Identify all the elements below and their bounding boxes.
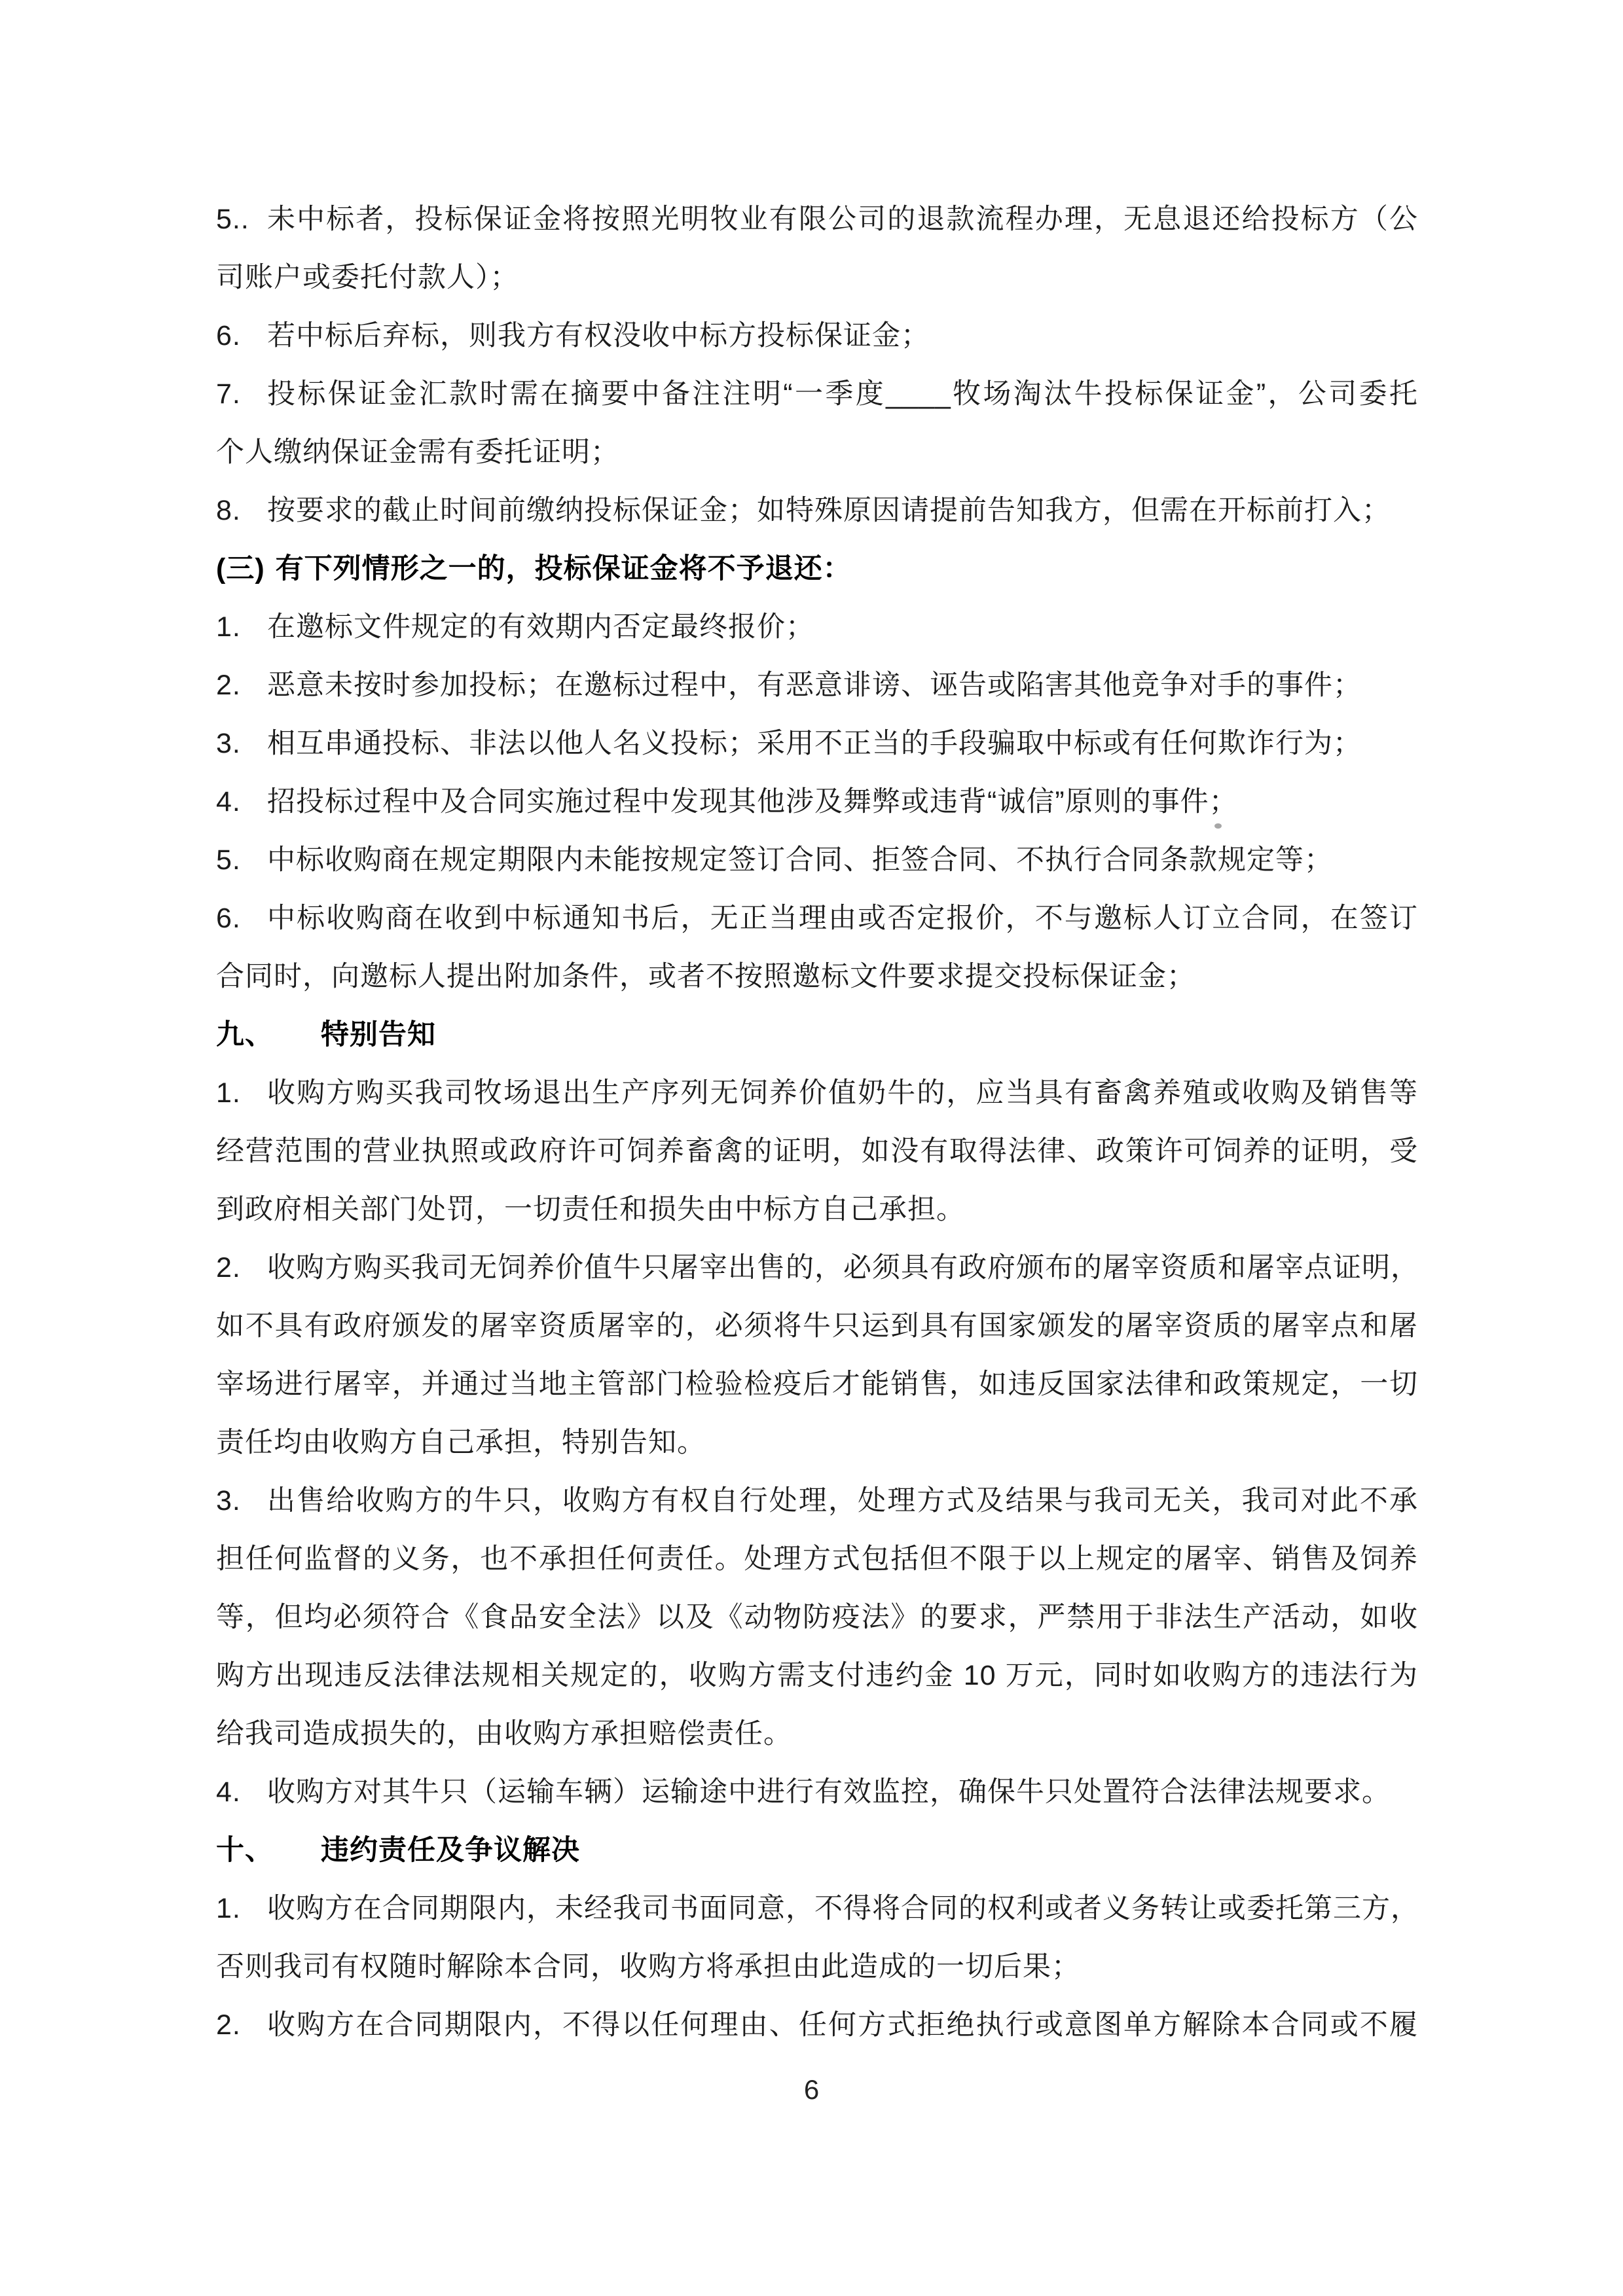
page-number: 6 [0,2073,1623,2106]
line-text: 宰场进行屠宰，并通过当地主管部门检验检疫后才能销售，如违反国家法律和政策规定，一… [216,1355,1418,1414]
document-line: 2. 恶意未按时参加投标；在邀标过程中，有恶意诽谤、诬告或陷害其他竞争对手的事件… [216,656,1418,715]
line-text: 在邀标文件规定的有效期内否定最终报价； [267,598,1418,656]
line-text: 购方出现违反法律法规相关规定的，收购方需支付违约金 10 万元，同时如收购方的违… [216,1647,1418,1705]
line-text: 特别告知 [321,1006,1418,1064]
document-line: 合同时，向邀标人提出附加条件，或者不按照邀标文件要求提交投标保证金； [216,948,1418,1006]
line-text: 到政府相关部门处罚，一切责任和损失由中标方自己承担。 [216,1181,1418,1239]
line-text: 收购方在合同期限内，未经我司书面同意，不得将合同的权利或者义务转让或委托第三方， [267,1880,1418,1938]
list-marker: 4. [216,1763,267,1821]
list-marker: 1. [216,1880,267,1938]
line-text: 按要求的截止时间前缴纳投标保证金；如特殊原因请提前告知我方，但需在开标前打入； [267,482,1418,540]
list-marker: 5.. [216,190,267,249]
document-line: 3. 相互串通投标、非法以他人名义投标；采用不正当的手段骗取中标或有任何欺诈行为… [216,715,1418,773]
document-line: 1. 收购方购买我司牧场退出生产序列无饲养价值奶牛的，应当具有畜禽养殖或收购及销… [216,1064,1418,1122]
document-line: 九、 特别告知 [216,1006,1418,1064]
line-text: 个人缴纳保证金需有委托证明； [216,423,1418,482]
line-text: 责任均由收购方自己承担，特别告知。 [216,1414,1418,1472]
line-text: 收购方购买我司牧场退出生产序列无饲养价值奶牛的，应当具有畜禽养殖或收购及销售等 [267,1064,1418,1122]
list-marker: 2. [216,1239,267,1297]
document-line: 司账户或委托付款人）； [216,249,1418,307]
line-text: 投标保证金汇款时需在摘要中备注注明“一季度____牧场淘汰牛投标保证金”，公司委… [267,365,1418,423]
document-page: 5.. 未中标者，投标保证金将按照光明牧业有限公司的退款流程办理，无息退还给投标… [0,0,1623,2296]
list-marker: 3. [216,715,267,773]
line-text: 如不具有政府颁发的屠宰资质屠宰的，必须将牛只运到具有国家颁发的屠宰资质的屠宰点和… [216,1297,1418,1355]
line-text: 有下列情形之一的，投标保证金将不予退还： [276,540,1418,598]
line-text: 合同时，向邀标人提出附加条件，或者不按照邀标文件要求提交投标保证金； [216,948,1418,1006]
document-line: 担任何监督的义务，也不承担任何责任。处理方式包括但不限于以上规定的屠宰、销售及饲… [216,1530,1418,1588]
list-marker: 7. [216,365,267,423]
scan-artifact [1214,823,1222,829]
document-line: 购方出现违反法律法规相关规定的，收购方需支付违约金 10 万元，同时如收购方的违… [216,1647,1418,1705]
line-text: 经营范围的营业执照或政府许可饲养畜禽的证明，如没有取得法律、政策许可饲养的证明，… [216,1122,1418,1181]
list-marker: 十、 [216,1821,321,1880]
line-text: 招投标过程中及合同实施过程中发现其他涉及舞弊或违背“诚信”原则的事件； [267,773,1418,831]
list-marker: 2. [216,1996,267,2054]
document-line: 2. 收购方购买我司无饲养价值牛只屠宰出售的，必须具有政府颁布的屠宰资质和屠宰点… [216,1239,1418,1297]
line-text: 中标收购商在规定期限内未能按规定签订合同、拒签合同、不执行合同条款规定等； [267,831,1418,889]
line-text: 否则我司有权随时解除本合同，收购方将承担由此造成的一切后果； [216,1938,1418,1996]
document-line: 5.. 未中标者，投标保证金将按照光明牧业有限公司的退款流程办理，无息退还给投标… [216,190,1418,249]
list-marker: 2. [216,656,267,715]
list-marker: 6. [216,307,267,365]
document-line: 3. 出售给收购方的牛只，收购方有权自行处理，处理方式及结果与我司无关，我司对此… [216,1472,1418,1530]
document-line: 到政府相关部门处罚，一切责任和损失由中标方自己承担。 [216,1181,1418,1239]
document-line: 6. 中标收购商在收到中标通知书后，无正当理由或否定报价，不与邀标人订立合同，在… [216,889,1418,948]
document-line: 经营范围的营业执照或政府许可饲养畜禽的证明，如没有取得法律、政策许可饲养的证明，… [216,1122,1418,1181]
line-text: 中标收购商在收到中标通知书后，无正当理由或否定报价，不与邀标人订立合同，在签订 [267,889,1418,948]
line-text: 收购方购买我司无饲养价值牛只屠宰出售的，必须具有政府颁布的屠宰资质和屠宰点证明， [267,1239,1418,1297]
document-line: 1. 收购方在合同期限内，未经我司书面同意，不得将合同的权利或者义务转让或委托第… [216,1880,1418,1938]
list-marker: 3. [216,1472,267,1530]
list-marker: 6. [216,889,267,948]
document-line: 宰场进行屠宰，并通过当地主管部门检验检疫后才能销售，如违反国家法律和政策规定，一… [216,1355,1418,1414]
document-line: 否则我司有权随时解除本合同，收购方将承担由此造成的一切后果； [216,1938,1418,1996]
line-text: 收购方对其牛只（运输车辆）运输途中进行有效监控，确保牛只处置符合法律法规要求。 [267,1763,1418,1821]
list-marker: (三) [216,540,265,598]
document-line: 4. 招投标过程中及合同实施过程中发现其他涉及舞弊或违背“诚信”原则的事件； [216,773,1418,831]
document-line: 2. 收购方在合同期限内，不得以任何理由、任何方式拒绝执行或意图单方解除本合同或… [216,1996,1418,2054]
line-text: 等，但均必须符合《食品安全法》以及《动物防疫法》的要求，严禁用于非法生产活动，如… [216,1588,1418,1647]
list-marker: 1. [216,598,267,656]
list-marker: 九、 [216,1006,321,1064]
document-line: 7. 投标保证金汇款时需在摘要中备注注明“一季度____牧场淘汰牛投标保证金”，… [216,365,1418,423]
line-text: 出售给收购方的牛只，收购方有权自行处理，处理方式及结果与我司无关，我司对此不承 [267,1472,1418,1530]
list-marker: 8. [216,482,267,540]
line-text: 违约责任及争议解决 [321,1821,1418,1880]
document-line: 等，但均必须符合《食品安全法》以及《动物防疫法》的要求，严禁用于非法生产活动，如… [216,1588,1418,1647]
document-line: 十、 违约责任及争议解决 [216,1821,1418,1880]
line-text: 恶意未按时参加投标；在邀标过程中，有恶意诽谤、诬告或陷害其他竞争对手的事件； [267,656,1418,715]
document-line: 个人缴纳保证金需有委托证明； [216,423,1418,482]
document-line: (三) 有下列情形之一的，投标保证金将不予退还： [216,540,1418,598]
line-text: 相互串通投标、非法以他人名义投标；采用不正当的手段骗取中标或有任何欺诈行为； [267,715,1418,773]
document-line: 6. 若中标后弃标，则我方有权没收中标方投标保证金； [216,307,1418,365]
list-marker: 5. [216,831,267,889]
line-text: 收购方在合同期限内，不得以任何理由、任何方式拒绝执行或意图单方解除本合同或不履 [267,1996,1418,2054]
line-text: 给我司造成损失的，由收购方承担赔偿责任。 [216,1705,1418,1763]
document-line: 责任均由收购方自己承担，特别告知。 [216,1414,1418,1472]
document-line: 5. 中标收购商在规定期限内未能按规定签订合同、拒签合同、不执行合同条款规定等； [216,831,1418,889]
line-text: 未中标者，投标保证金将按照光明牧业有限公司的退款流程办理，无息退还给投标方（公 [267,190,1418,249]
list-marker: 1. [216,1064,267,1122]
line-text: 司账户或委托付款人）； [216,249,1418,307]
document-line: 给我司造成损失的，由收购方承担赔偿责任。 [216,1705,1418,1763]
text-block: 5.. 未中标者，投标保证金将按照光明牧业有限公司的退款流程办理，无息退还给投标… [216,190,1418,2054]
document-line: 4. 收购方对其牛只（运输车辆）运输途中进行有效监控，确保牛只处置符合法律法规要… [216,1763,1418,1821]
list-marker: 4. [216,773,267,831]
line-text: 若中标后弃标，则我方有权没收中标方投标保证金； [267,307,1418,365]
document-line: 8. 按要求的截止时间前缴纳投标保证金；如特殊原因请提前告知我方，但需在开标前打… [216,482,1418,540]
document-line: 如不具有政府颁发的屠宰资质屠宰的，必须将牛只运到具有国家颁发的屠宰资质的屠宰点和… [216,1297,1418,1355]
document-line: 1. 在邀标文件规定的有效期内否定最终报价； [216,598,1418,656]
line-text: 担任何监督的义务，也不承担任何责任。处理方式包括但不限于以上规定的屠宰、销售及饲… [216,1530,1418,1588]
